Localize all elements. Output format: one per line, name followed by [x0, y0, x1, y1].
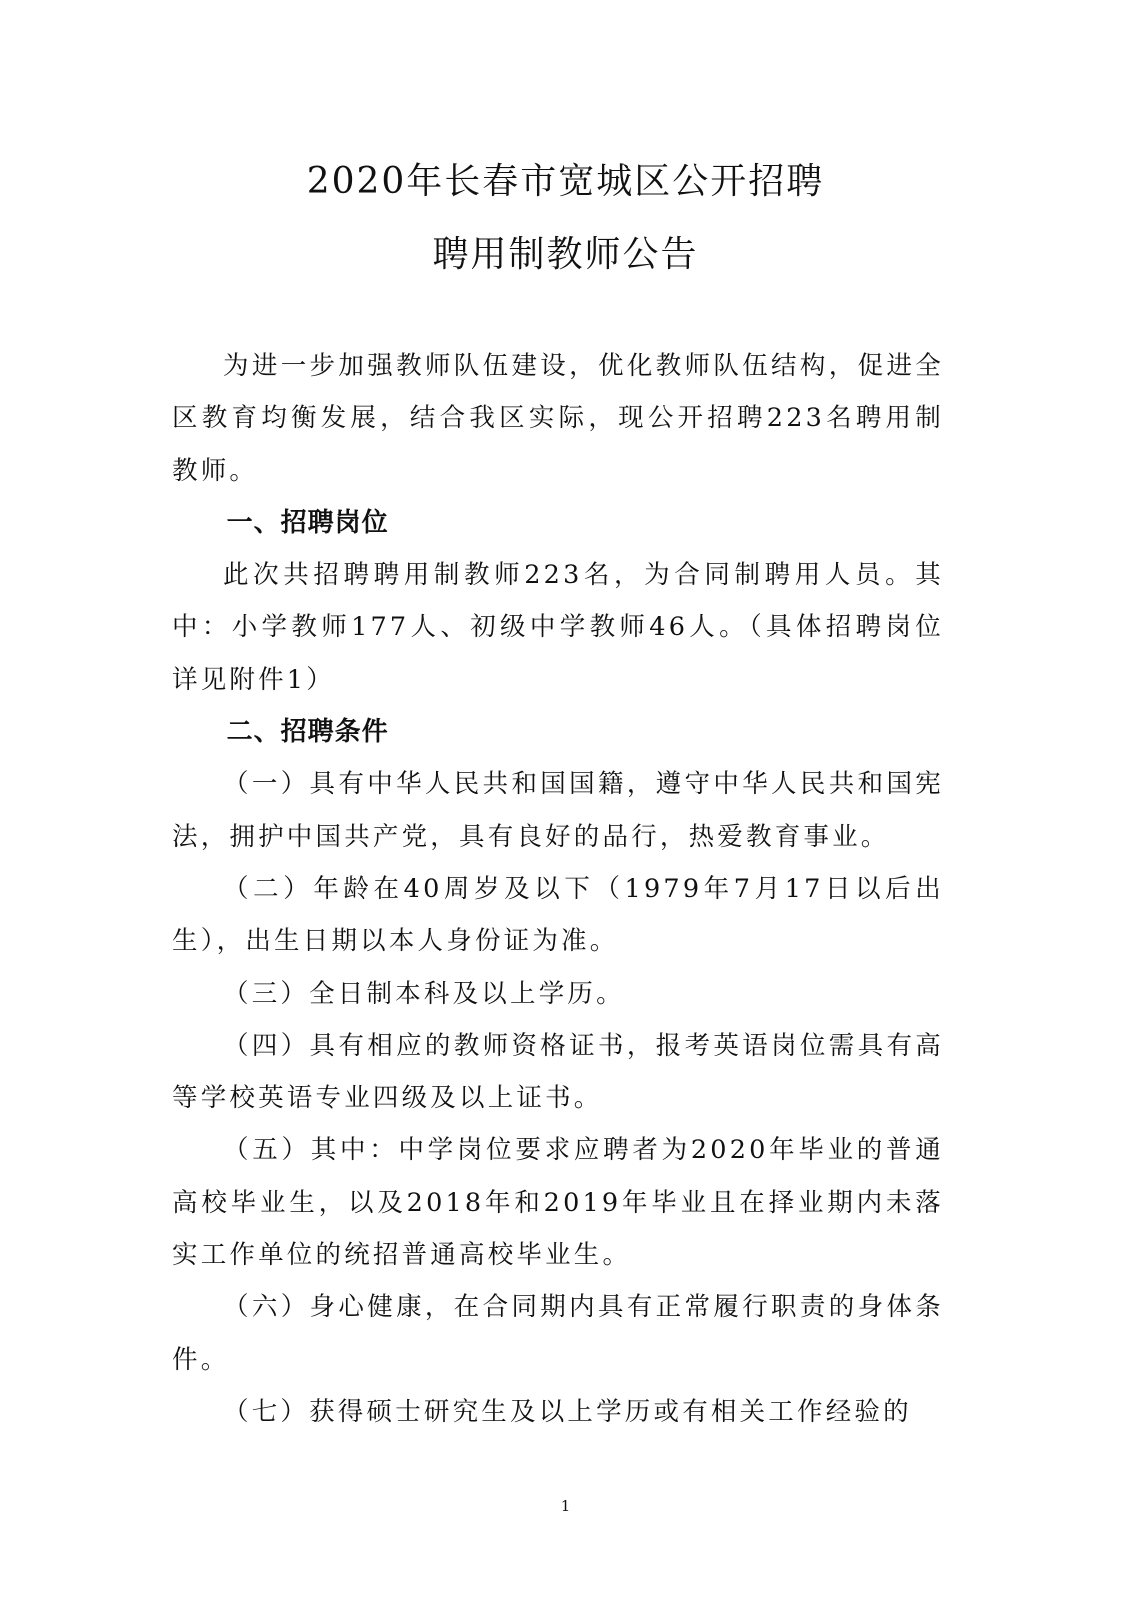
- condition-item-7: （七）获得硕士研究生及以上学历或有相关工作经验的: [172, 1386, 944, 1438]
- condition-item-2: （二）年龄在40周岁及以下（1979年7月17日以后出生），出生日期以本人身份证…: [172, 863, 944, 968]
- document-title-line-1: 2020年长春市宽城区公开招聘: [0, 160, 1131, 204]
- document-page: 2020年长春市宽城区公开招聘 聘用制教师公告 为进一步加强教师队伍建设，优化教…: [0, 0, 1131, 1600]
- positions-paragraph: 此次共招聘聘用制教师223名，为合同制聘用人员。其中：小学教师177人、初级中学…: [172, 549, 944, 706]
- page-number: 1: [0, 1497, 1131, 1515]
- condition-item-5: （五）其中：中学岗位要求应聘者为2020年毕业的普通高校毕业生，以及2018年和…: [172, 1124, 944, 1281]
- condition-item-6: （六）身心健康，在合同期内具有正常履行职责的身体条件。: [172, 1281, 944, 1386]
- intro-paragraph: 为进一步加强教师队伍建设，优化教师队伍结构，促进全区教育均衡发展，结合我区实际，…: [172, 340, 944, 497]
- document-title-line-2: 聘用制教师公告: [0, 233, 1131, 277]
- condition-item-4: （四）具有相应的教师资格证书，报考英语岗位需具有高等学校英语专业四级及以上证书。: [172, 1020, 944, 1125]
- section-heading-positions: 一、招聘岗位: [172, 497, 944, 549]
- condition-item-3: （三）全日制本科及以上学历。: [172, 968, 944, 1020]
- section-heading-conditions: 二、招聘条件: [172, 706, 944, 758]
- document-body: 为进一步加强教师队伍建设，优化教师队伍结构，促进全区教育均衡发展，结合我区实际，…: [172, 340, 944, 1438]
- condition-item-1: （一）具有中华人民共和国国籍，遵守中华人民共和国宪法，拥护中国共产党，具有良好的…: [172, 758, 944, 863]
